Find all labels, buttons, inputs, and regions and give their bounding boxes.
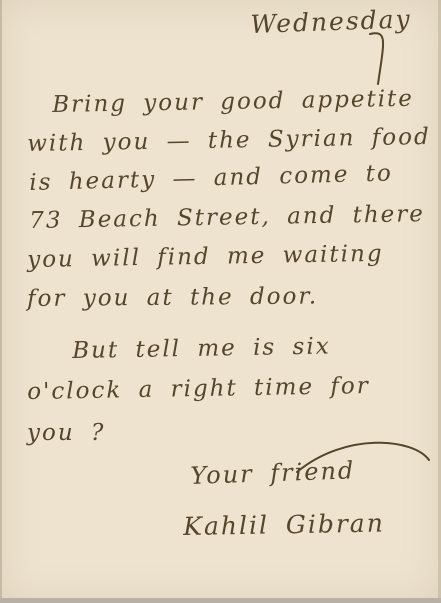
body-line: you ?	[27, 420, 105, 446]
signature: Kahlil Gibran	[183, 508, 385, 541]
body-line: But tell me is six	[72, 333, 331, 364]
pen-flourish-date-icon	[358, 30, 408, 90]
body-line: for you at the door.	[27, 283, 318, 312]
letter-page: Wednesday Bring your good appetite with …	[0, 0, 441, 603]
body-line: Bring your good appetite	[52, 86, 414, 118]
closing-line: Your friend	[190, 456, 356, 490]
date-line: Wednesday	[250, 4, 412, 39]
body-line: is hearty — and come to	[29, 160, 393, 196]
body-line: with you — the Syrian food	[27, 124, 431, 157]
paper-bottom-edge	[0, 598, 441, 603]
body-line: you will find me waiting	[27, 241, 384, 273]
paper-left-edge	[0, 0, 2, 603]
body-line: o'clock a right time for	[27, 373, 370, 405]
body-line: 73 Beach Street, and there	[29, 201, 425, 234]
